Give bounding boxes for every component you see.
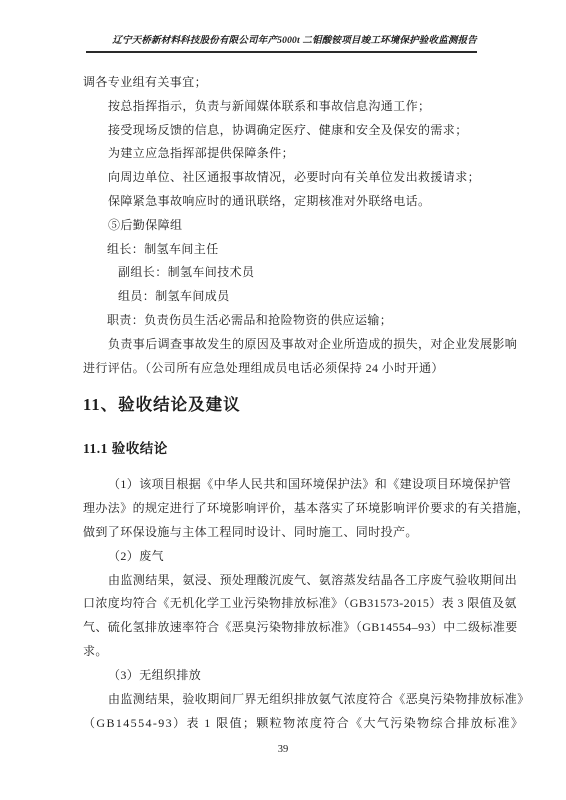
paragraph-line: （1）该项目根据《中华人民共和国环境保护法》和《建设项目环境保护管 [108,477,511,491]
paragraph-line: 求。 [83,644,108,658]
item-fugitive-emission: （3）无组织排放 [108,668,201,682]
page-number: 39 [0,744,566,755]
role-line-members: 组员：制氢车间成员 [118,289,230,303]
paragraph-line: 向周边单位、社区通报事故情况，必要时向有关单位发出救援请求； [108,170,480,184]
paragraph-line: 保障紧急事故响应时的通讯联络，定期核准对外联络电话。 [108,194,430,208]
paragraph-line: 做到了环保设施与主体工程同时设计、同时施工、同时投产。 [83,525,418,539]
paragraph-line: 由监测结果，验收期间厂界无组织排放氨气浓度符合《恶臭污染物排放标准》 [108,692,530,706]
paragraph-line: 由监测结果，氨浸、预处理酸沉废气、氨溶蒸发结晶各工序废气验收期间出 [108,573,517,587]
paragraph-line: 理办法》的规定进行了环境影响评价，基本落实了环境影响评价要求的有关措施， [83,501,529,515]
paragraph-line: （GB14554-93）表 1 限值；颗粒物浓度符合《大气污染物综合排放标准》 [83,716,524,730]
subsection-heading: 11.1 验收结论 [83,437,168,457]
paragraph-line: 负责事后调查事故发生的原因及事故对企业所造成的损失，对企业发展影响 [108,337,517,351]
header-title: 辽宁天桥新材料科技股份有限公司年产5000t 二钼酸铵项目竣工环境保护验收监测报… [112,36,477,46]
section-heading: 11、验收结论及建议 [83,391,241,415]
paragraph-line: 气、硫化氢排放速率符合《恶臭污染物排放标准》（GB14554–93）中二级标准要 [83,620,518,634]
paragraph-line: 调各专业组有关事宜； [83,75,207,89]
paragraph-line: 接受现场反馈的信息，协调确定医疗、健康和安全及保安的需求； [108,123,468,137]
role-line-leader: 组长：制氢车间主任 [107,242,219,256]
item-waste-gas: （2）废气 [108,549,164,563]
report-page: 辽宁天桥新材料科技股份有限公司年产5000t 二钼酸铵项目竣工环境保护验收监测报… [0,0,566,800]
list-item-logistics-group: ⑤后勤保障组 [108,218,182,232]
paragraph-line: 进行评估。（公司所有应急处理组成员电话必须保持 24 小时开通） [83,361,444,375]
duty-line: 职责：负责伤员生活必需品和抢险物资的供应运输； [107,313,392,327]
page-header: 辽宁天桥新材料科技股份有限公司年产5000t 二钼酸铵项目竣工环境保护验收监测报… [86,30,477,53]
role-line-deputy: 副组长：制氢车间技术员 [118,265,254,279]
paragraph-line: 按总指挥指示，负责与新闻媒体联系和事故信息沟通工作； [108,99,430,113]
paragraph-line: 为建立应急指挥部提供保障条件； [108,146,294,160]
paragraph-line: 口浓度均符合《无机化学工业污染物排放标准》（GB31573-2015）表 3 限… [83,596,517,610]
